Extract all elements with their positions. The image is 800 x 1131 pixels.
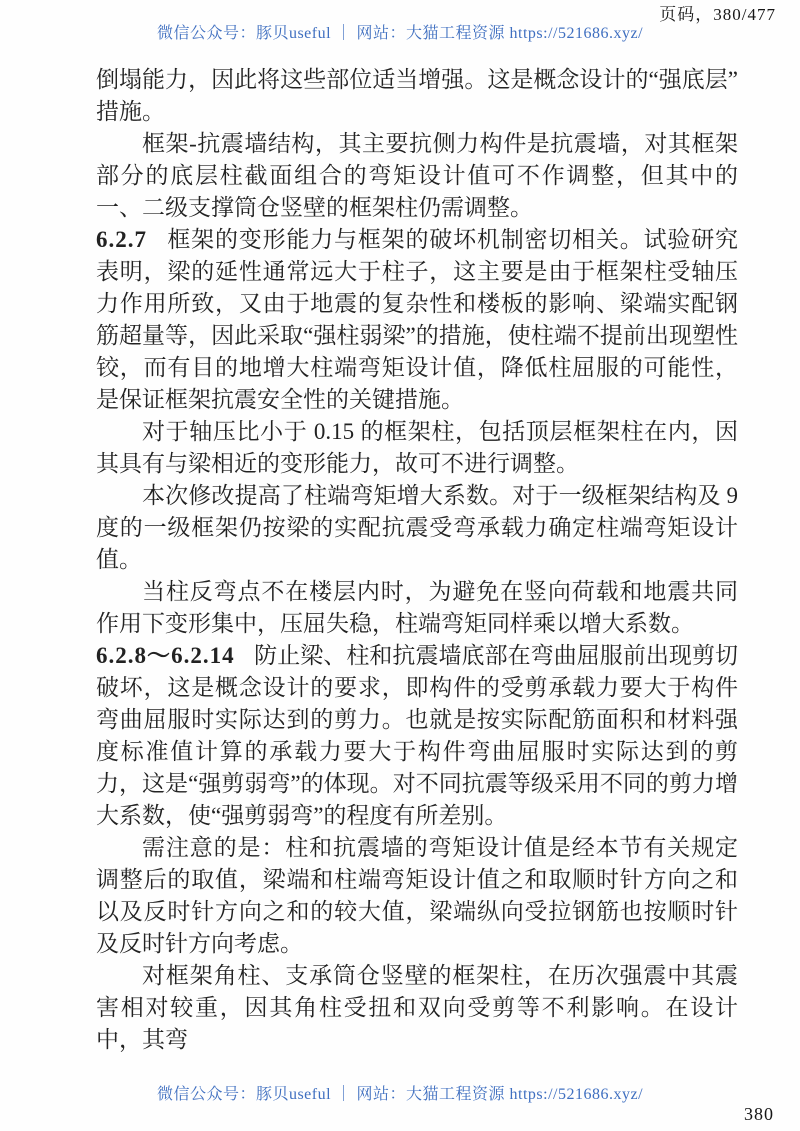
paragraph-moment-design-values: 需注意的是：柱和抗震墙的弯矩设计值是经本节有关规定调整后的取值，梁端和柱端弯矩设… [96,832,738,960]
watermark-bottom: 微信公众号：豚贝useful ｜ 网站：大猫工程资源 https://52168… [0,1081,800,1104]
document-body: 倒塌能力，因此将这些部位适当增强。这是概念设计的“强底层”措施。 框架-抗震墙结… [96,64,738,1056]
paragraph-revision-factor: 本次修改提高了柱端弯矩增大系数。对于一级框架结构及 9 度的一级框架仍按梁的实配… [96,480,738,576]
paragraph-inflection-point: 当柱反弯点不在楼层内时，为避免在竖向荷载和地震共同作用下变形集中，压屈失稳，柱端… [96,576,738,640]
section-number-6-2-8-to-6-2-14: 6.2.8～6.2.14 [96,643,235,668]
watermark-top: 微信公众号：豚贝useful ｜ 网站：大猫工程资源 https://52168… [0,20,800,43]
section-number-6-2-7: 6.2.7 [96,227,147,252]
paragraph-continuation: 倒塌能力，因此将这些部位适当增强。这是概念设计的“强底层”措施。 [96,64,738,128]
paragraph-section-6-2-7: 6.2.7框架的变形能力与框架的破坏机制密切相关。试验研究表明，梁的延性通常远大… [96,224,738,416]
page-number: 380 [744,1104,774,1125]
paragraph-section-6-2-8-to-6-2-14: 6.2.8～6.2.14防止梁、柱和抗震墙底部在弯曲屈服前出现剪切破坏，这是概念… [96,640,738,832]
paragraph-frame-wall-structure: 框架-抗震墙结构，其主要抗侧力构件是抗震墙，对其框架部分的底层柱截面组合的弯矩设… [96,128,738,224]
paragraph-corner-columns: 对框架角柱、支承筒仓竖壁的框架柱，在历次强震中其震害相对较重，因其角柱受扭和双向… [96,960,738,1056]
section-6-2-7-text: 框架的变形能力与框架的破坏机制密切相关。试验研究表明，梁的延性通常远大于柱子，这… [96,227,738,412]
section-6-2-8-text: 防止梁、柱和抗震墙底部在弯曲屈服前出现剪切破坏，这是概念设计的要求，即构件的受剪… [96,643,738,828]
scanned-document-page: 页码，380/477 微信公众号：豚贝useful ｜ 网站：大猫工程资源 ht… [0,0,800,1131]
paragraph-axial-ratio: 对于轴压比小于 0.15 的框架柱，包括顶层框架柱在内，因其具有与梁相近的变形能… [96,416,738,480]
